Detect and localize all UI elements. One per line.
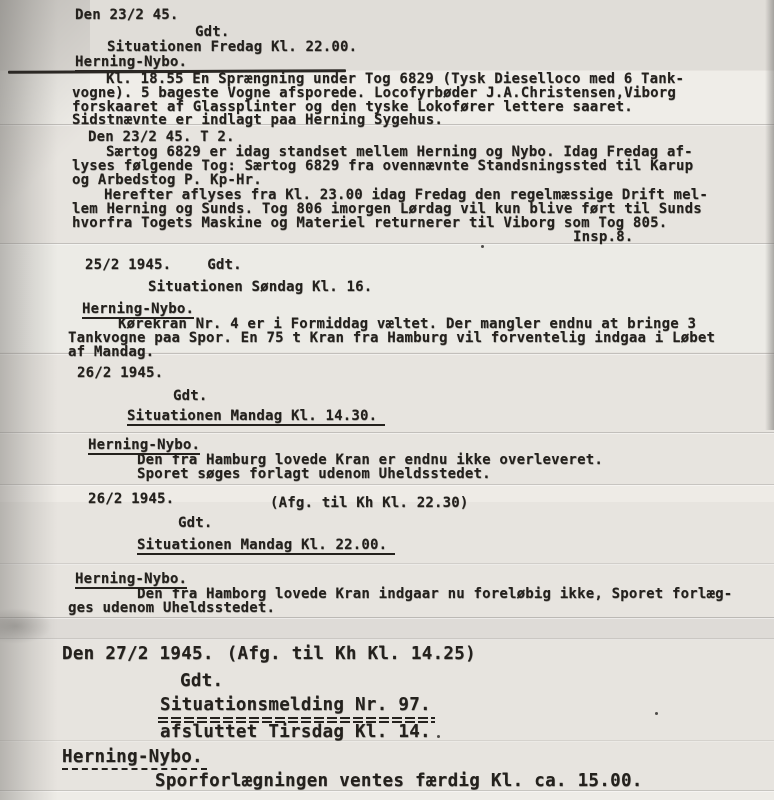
paper-strip-seam	[0, 432, 774, 433]
scan-speck	[481, 245, 484, 248]
body-line: Tankvogne paa Spor. En 75 t Kran fra Ham…	[68, 331, 715, 345]
subject-line: Situationen Mandag Kl. 14.30.	[127, 409, 385, 426]
paper-strip-seam	[0, 617, 774, 618]
report-title: Situationsmelding Nr. 97.	[160, 696, 431, 719]
addressee: Gdt.	[207, 257, 242, 273]
paper-strip	[0, 617, 774, 640]
date-line: Den 23/2 45. T 2.	[88, 130, 235, 144]
body-line: af Mandag.	[68, 345, 154, 359]
date-line: 26/2 1945.	[77, 366, 163, 380]
body-line: Sporet søges forlagt udenom Uheldsstedet…	[137, 467, 491, 481]
paper-strip-seam	[0, 563, 774, 564]
paper-strip-seam	[0, 638, 774, 639]
subject-line: Situationen Mandag Kl. 22.00.	[137, 538, 395, 555]
addressee: Gdt.	[195, 25, 230, 39]
signature: Insp.8.	[573, 230, 633, 244]
body-line: og Arbedstog P. Kp-Hr.	[72, 173, 262, 187]
body-line: Herefter aflyses fra Kl. 23.00 idag Fred…	[104, 188, 708, 202]
scan-speck	[437, 735, 440, 738]
subject-line: afsluttet Tirsdag Kl. 14.	[160, 723, 431, 741]
body-line: vogne). 5 bageste Vogne afsporede. Locof…	[72, 86, 676, 100]
body-line: Kørekran Nr. 4 er i Formiddag væltet. De…	[118, 317, 696, 331]
route-heading: Herning-Nybo.	[62, 748, 207, 770]
body-line: lem Herning og Sunds. Tog 806 imorgen Lø…	[72, 202, 702, 216]
body-line: hvorfra Togets Maskine og Materiel retur…	[72, 216, 667, 230]
dispatch-note: (Afg. til Kh Kl. 14.25)	[227, 644, 476, 664]
date-note-line: Den 27/2 1945.(Afg. til Kh Kl. 14.25)	[62, 645, 476, 663]
addressee: Gdt.	[180, 672, 223, 690]
body-line: Kl. 18.55 En Sprængning under Tog 6829 (…	[106, 72, 684, 86]
body-line: Den fra Hamborg lovede Kran indgaar nu f…	[137, 587, 732, 601]
body-line: Sidstnævnte er indlagt paa Herning Sygeh…	[72, 113, 443, 127]
date: Den 27/2 1945.	[62, 644, 214, 664]
paper-strip-seam	[0, 243, 774, 244]
subject-line: Situationen Søndag Kl. 16.	[148, 280, 372, 294]
date-gdt-line: 25/2 1945.Gdt.	[85, 258, 242, 272]
scan-speck	[655, 712, 658, 715]
body-line: Særtog 6829 er idag standset mellem Hern…	[106, 145, 693, 159]
paper-strip	[0, 790, 774, 800]
photo-edge-right	[765, 0, 774, 430]
dispatch-note: (Afg. til Kh Kl. 22.30)	[270, 496, 468, 510]
date: 25/2 1945.	[85, 257, 171, 273]
photo-edge-left	[0, 0, 72, 800]
paper-strip-seam	[0, 484, 774, 485]
date-line: Den 23/2 45.	[75, 8, 179, 22]
body-line: ges udenom Uheldsstedet.	[68, 601, 275, 615]
body-line: Sporforlægningen ventes færdig Kl. ca. 1…	[155, 772, 643, 790]
date-line: 26/2 1945.	[88, 492, 174, 506]
body-line: Den fra Hamburg lovede Kran er endnu ikk…	[137, 453, 603, 467]
scan-smudge	[0, 608, 52, 644]
scanned-document-page: Den 23/2 45. Gdt. Situationen Fredag Kl.…	[0, 0, 774, 800]
addressee: Gdt.	[173, 389, 208, 403]
addressee: Gdt.	[178, 516, 213, 530]
subject-line: Situationen Fredag Kl. 22.00.	[107, 40, 357, 54]
body-line: lyses følgende Tog: Særtog 6829 fra oven…	[72, 159, 693, 173]
